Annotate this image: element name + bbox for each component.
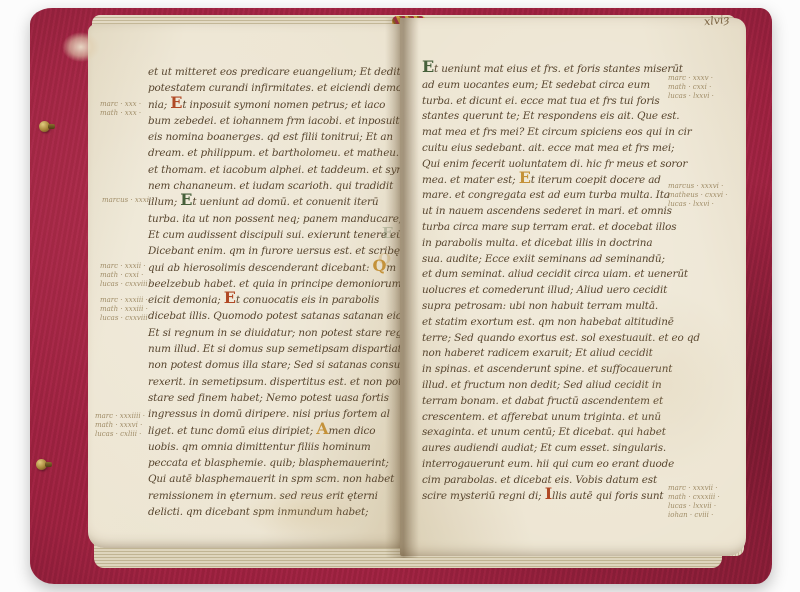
text-line: lucas · cxxviii · [100,280,152,289]
text-line: et thomam. et iacobum alphei. et taddeum… [148,162,398,178]
text-segment: beelzebub habet. et quia in principe dem… [148,278,401,290]
text-segment: num illud. Et si domus sup semetipsam di… [148,343,405,355]
text-line: marcus · xxxvi · [668,182,728,191]
text-line: cuitu eius sedebant. ait. ecce mat mea e… [422,141,672,157]
text-segment: illud. et fructum non dedit; Sed aliud c… [422,379,662,391]
text-segment: rexerit. in semetipsum. dispertitus est.… [148,376,417,388]
text-segment: uobis. qm omnia dimittentur filiis homin… [148,441,371,453]
text-line: iohan · cviii · [668,511,720,520]
text-line: math · xxxvi · [95,421,145,430]
text-line: lucas · lxxvi · [668,92,714,101]
text-line: mea. et mater est; Et iterum coepit doce… [422,173,672,189]
text-segment: turba circa mare sup terram erat. et doc… [422,221,676,233]
margin-note-group: marc · xxxiiii ·math · xxxvi ·lucas · cx… [95,412,145,439]
text-line: terram bonam. et dabat fructū ascendente… [422,394,672,410]
text-segment: bum zebedei. et iohannem frm iacobi. et … [148,115,399,127]
text-segment: aures audiendi audiat; Et cum esset. sin… [422,442,666,454]
text-line: marc · xxxiii · [100,296,152,305]
text-line: scire mysteriū regni di; Illis autē qui … [422,489,672,505]
text-line: ut in nauem ascendens sederet in mari. e… [422,204,672,220]
text-line: et dum seminat. aliud cecidit circa uiam… [422,267,672,283]
margin-note-group: marc · xxxvii ·math · cxxxiii ·lucas · l… [668,484,720,520]
text-segment: Et cum audissent discipuli sui. exierunt… [148,229,406,241]
text-segment: marcus · xxxi · [102,196,153,204]
text-segment: scire mysteriū regni di; [422,490,545,502]
text-line: rexerit. in semetipsum. dispertitus est.… [148,374,398,390]
text-line: liget. et tunc domū eius diripiet; Amen … [148,423,398,439]
text-line: remissionem in ęternum. sed reus erit ęt… [148,488,398,504]
right-page: Et ueniunt mat eius et frs. et foris sta… [400,18,746,556]
text-segment: crescentem. et afferebat unum triginta. … [422,411,661,423]
text-line: Et ueniunt mat eius et frs. et foris sta… [422,62,672,78]
text-segment: t ueniunt mat eius et frs. et foris stan… [434,63,683,75]
gutter-shadow [385,18,419,558]
right-text-column: Et ueniunt mat eius et frs. et foris sta… [422,62,672,504]
text-line: eis nomina boanerges. qd est filii tonit… [148,129,398,145]
text-line: Qui enim fecerit uoluntatem di. hic fr m… [422,157,672,173]
text-line: lucas · lxxvii · [668,502,720,511]
text-segment: non potest domus illa stare; Sed si sata… [148,359,405,371]
text-line: non haberet radicem exaruit; Et aliud ce… [422,346,672,362]
text-line: potestatem curandi infirmitates. et eici… [148,80,398,96]
text-segment: nia; [148,99,170,111]
text-segment: turba. et dicunt ei. ecce mat tua et frs… [422,95,660,107]
illuminated-initial: E [519,168,531,187]
text-segment: et statim exortum est. qm non habebat al… [422,316,674,328]
margin-note-group: marc · xxxiii ·math · xxxiii ·lucas · cx… [100,296,152,323]
text-line: Et cum audissent discipuli sui. exierunt… [148,227,398,243]
text-line: math · cxxi · [100,271,152,280]
text-segment: stare sed finem habet; Nemo potest uasa … [148,392,389,404]
text-segment: potestatem curandi infirmitates. et eici… [148,82,402,94]
text-line: ingressus in domū diripere. nisi prius f… [148,406,398,422]
text-segment: marcus · xxxvi · [668,182,723,190]
text-segment: eis nomina boanerges. qd est filii tonit… [148,131,393,143]
text-segment: sexaginta. et unum centū; Et dicebat. qu… [422,426,666,438]
text-segment: lucas · cxliii · [95,430,141,438]
text-segment: math · xxx · [100,109,141,117]
text-line: math · cxxxiii · [668,493,720,502]
clasp-knob-bottom [36,459,47,470]
text-segment: cuitu eius sedebant. ait. ecce mat mea e… [422,142,674,154]
text-line: marc · xxxv · [668,74,714,83]
text-segment: sua. audite; Ecce exiit seminans ad semi… [422,253,665,265]
text-segment: marc · xxx · [100,100,141,108]
text-line: uobis. qm omnia dimittentur filiis homin… [148,439,398,455]
text-segment: marc · xxxiiii · [95,412,145,420]
text-line: interrogauerunt eum. hii qui cum eo eran… [422,457,672,473]
text-segment: marc · xxxiii · [100,296,148,304]
text-line: stare sed finem habet; Nemo potest uasa … [148,390,398,406]
text-line: mat mea et frs mei? Et circum spiciens e… [422,125,672,141]
text-segment: Et si regnum in se diuidatur; non potest… [148,327,402,339]
text-segment: llis autē qui foris sunt [552,490,663,502]
text-line: illud. et fructum non dedit; Sed aliud c… [422,378,672,394]
text-line: aures audiendi audiat; Et cum esset. sin… [422,441,672,457]
text-line: dream. et philippum. et bartholomeu. et … [148,145,398,161]
text-segment: stantes querunt te; Et respondens eis ai… [422,110,679,122]
illuminated-initial: I [545,484,552,503]
text-line: uolucres et comederunt illud; Aliud uero… [422,283,672,299]
text-segment: turba. ita ut non possent neq; panem man… [148,213,402,225]
text-line: lucas · cxxviii · [100,314,152,323]
text-segment: mare. et congregata est ad eum turba mul… [422,189,670,201]
text-line: turba. ita ut non possent neq; panem man… [148,211,398,227]
text-line: sexaginta. et unum centū; Et dicebat. qu… [422,425,672,441]
text-segment: men dico [328,425,375,437]
text-segment: peccata et blasphemie. quib; blasphemaue… [148,457,389,469]
text-segment: dicebat illis. Quomodo potest satanas sa… [148,310,422,322]
text-segment: eicit demonia; [148,294,224,306]
text-line: et statim exortum est. qm non habebat al… [422,315,672,331]
text-segment: matheus · cxxvi · [668,191,728,199]
text-segment: delicti. qm dicebant spm inmundum habet; [148,506,368,518]
text-line: dicebat illis. Quomodo potest satanas sa… [148,308,398,324]
text-line: math · xxx · [100,109,141,118]
text-segment: lucas · lxxvii · [668,502,716,510]
text-segment: Qui autē blasphemauerit in spm scm. non … [148,473,394,485]
text-line: Qui autē blasphemauerit in spm scm. non … [148,471,398,487]
text-line: illum; Et ueniunt ad domū. et conuenit i… [148,194,398,210]
folio-number: xlviȝ [703,13,729,29]
text-segment: remissionem in ęternum. sed reus erit ęt… [148,490,378,502]
text-line: nia; Et inposuit symoni nomen petrus; et… [148,97,398,113]
illuminated-initial: E [180,190,192,209]
text-segment: t conuocatis eis in parabolis [236,294,379,306]
text-segment: Qui enim fecerit uoluntatem di. hic fr m… [422,158,687,170]
text-line: marc · xxxvii · [668,484,720,493]
text-line: in parabolis multa. et dicebat illis in … [422,236,672,252]
text-line: et ut mitteret eos predicare euangelium;… [148,64,398,80]
text-line: matheus · cxxvi · [668,191,728,200]
text-segment: ad eum uocantes eum; Et sedebat circa eu… [422,79,650,91]
text-segment: math · xxxiii · [100,305,148,313]
text-line: mare. et congregata est ad eum turba mul… [422,188,672,204]
text-segment: in spinas. et ascenderunt spine. et suff… [422,363,672,375]
text-segment: interrogauerunt eum. hii qui cum eo eran… [422,458,674,470]
text-line: lucas · cxliii · [95,430,145,439]
text-segment: qui ab hierosolimis descenderant diceban… [148,262,373,274]
text-line: qui ab hierosolimis descenderant diceban… [148,260,398,276]
text-segment: ut in nauem ascendens sederet in mari. e… [422,205,672,217]
text-line: crescentem. et afferebat unum triginta. … [422,410,672,426]
text-segment: et dum seminat. aliud cecidit circa uiam… [422,268,688,280]
text-line: math · xxxiii · [100,305,152,314]
text-segment: supra petrosam: ubi non habuit terram mu… [422,300,658,312]
text-segment: ingressus in domū diripere. nisi prius f… [148,408,390,420]
text-line: stantes querunt te; Et respondens eis ai… [422,109,672,125]
margin-note-group: marc · xxx ·math · xxx · [100,100,141,118]
text-segment: math · cxxi · [100,271,143,279]
text-segment: liget. et tunc domū eius diripiet; [148,425,316,437]
text-segment: iohan · cviii · [668,511,713,519]
text-segment: et thomam. et iacobum alphei. et taddeum… [148,164,412,176]
text-segment: uolucres et comederunt illud; Aliud uero… [422,284,667,296]
text-segment: mea. et mater est; [422,174,519,186]
text-line: num illud. Et si domus sup semetipsam di… [148,341,398,357]
text-line: sua. audite; Ecce exiit seminans ad semi… [422,252,672,268]
text-segment: cim parabolas. et dicebat eis. Vobis dat… [422,474,657,486]
clasp-knob-top [39,121,50,132]
text-line: ad eum uocantes eum; Et sedebat circa eu… [422,78,672,94]
illuminated-initial: E [422,57,434,76]
text-segment: lucas · cxxviii · [100,280,152,288]
illuminated-initial: E [224,288,236,307]
text-line: marcus · xxxi · [102,196,153,205]
text-line: marc · xxx · [100,100,141,109]
text-segment: lucas · cxxviii · [100,314,152,322]
text-line: Dicebant enim. qm in furore uersus est. … [148,243,398,259]
text-line: turba circa mare sup terram erat. et doc… [422,220,672,236]
text-segment: marc · xxxvii · [668,484,717,492]
margin-note-group: marc · xxxv ·math · cxxi ·lucas · lxxvi … [668,74,714,101]
left-text-column: et ut mitteret eos predicare euangelium;… [148,64,398,520]
text-segment: t ueniunt ad domū. et conuenit iterū [192,196,378,208]
text-segment: non haberet radicem exaruit; Et aliud ce… [422,347,653,359]
text-line: supra petrosam: ubi non habuit terram mu… [422,299,672,315]
text-line: turba. et dicunt ei. ecce mat tua et frs… [422,94,672,110]
margin-note-group: marcus · xxxi · [102,196,153,205]
margin-note-group: marcus · xxxvi ·matheus · cxxvi ·lucas ·… [668,182,728,209]
text-line: Et si regnum in se diuidatur; non potest… [148,325,398,341]
text-line: marc · xxxiiii · [95,412,145,421]
text-segment: lucas · lxxvi · [668,200,714,208]
text-line: math · cxxi · [668,83,714,92]
text-line: terre; Sed quando exortus est. sol exest… [422,331,672,347]
text-segment: math · cxxi · [668,83,711,91]
illuminated-initial: A [316,419,328,438]
text-line: peccata et blasphemie. quib; blasphemaue… [148,455,398,471]
text-segment: mat mea et frs mei? Et circum spiciens e… [422,126,692,138]
left-page: et ut mitteret eos predicare euangelium;… [88,24,402,548]
text-segment: in parabolis multa. et dicebat illis in … [422,237,652,249]
text-line: non potest domus illa stare; Sed si sata… [148,357,398,373]
text-segment: terram bonam. et dabat fructū ascendente… [422,395,663,407]
text-line: lucas · lxxvi · [668,200,728,209]
text-line: marc · xxxii · [100,262,152,271]
text-line: in spinas. et ascenderunt spine. et suff… [422,362,672,378]
text-segment: math · xxxvi · [95,421,142,429]
text-line: bum zebedei. et iohannem frm iacobi. et … [148,113,398,129]
manuscript-photo: et ut mitteret eos predicare euangelium;… [0,0,800,592]
text-segment: marc · xxxv · [668,74,713,82]
text-segment: t iterum coepit docere ad [531,174,661,186]
text-segment: terre; Sed quando exortus est. sol exest… [422,332,700,344]
text-segment: et ut mitteret eos predicare euangelium;… [148,66,422,78]
margin-note-group: marc · xxxii ·math · cxxi ·lucas · cxxvi… [100,262,152,289]
text-segment: Dicebant enim. qm in furore uersus est. … [148,245,400,257]
text-segment: math · cxxxiii · [668,493,720,501]
illuminated-initial: E [170,93,182,112]
text-line: eicit demonia; Et conuocatis eis in para… [148,292,398,308]
text-segment: dream. et philippum. et bartholomeu. et … [148,147,399,159]
text-segment: marc · xxxii · [100,262,146,270]
text-segment: lucas · lxxvi · [668,92,714,100]
text-line: beelzebub habet. et quia in principe dem… [148,276,398,292]
text-line: delicti. qm dicebant spm inmundum habet; [148,504,398,520]
text-segment: t inposuit symoni nomen petrus; et iaco [182,99,385,111]
